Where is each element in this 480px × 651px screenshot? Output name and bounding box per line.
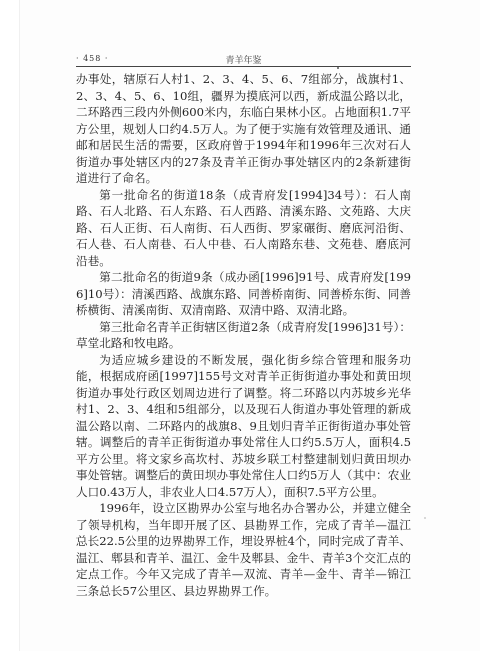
paragraph-first-batch: 第一批命名的街道18条（成青府发[1994]34号）：石人南路、石人北路、石人东… [76,187,411,270]
paragraph-third-batch: 第三批命名青羊正街辖区街道2条（成青府发[1996]31号）：草堂北路和牧电路。 [76,319,411,352]
scan-speck [368,508,370,510]
paragraph-adjustment: 为适应城乡建设的不断发展，强化街乡综合管理和服务功能，根据成府函[1997]15… [76,352,411,501]
body-text: 办事处，辖原石人村1、2、3、4、5、6、7组部分，战旗村1、2、3、4、5、6… [76,71,411,599]
paragraph-second-batch: 第二批命名的街道9条（成办函[1996]91号、成青府发[1996]10号）：清… [76,269,411,319]
paragraph-survey-1996: 1996年，设立区勘界办公室与地名办合署办公，并建立健全了领导机构，当年即开展了… [76,500,411,599]
running-title: 青羊年鉴 [76,53,411,66]
header-rule [76,66,411,67]
page-header: · 458 · 青羊年鉴 [76,51,411,67]
scan-speck [337,67,339,69]
scan-speck [76,537,78,539]
paragraph-continuation: 办事处，辖原石人村1、2、3、4、5、6、7组部分，战旗村1、2、3、4、5、6… [76,71,411,187]
scan-speck [424,517,426,519]
